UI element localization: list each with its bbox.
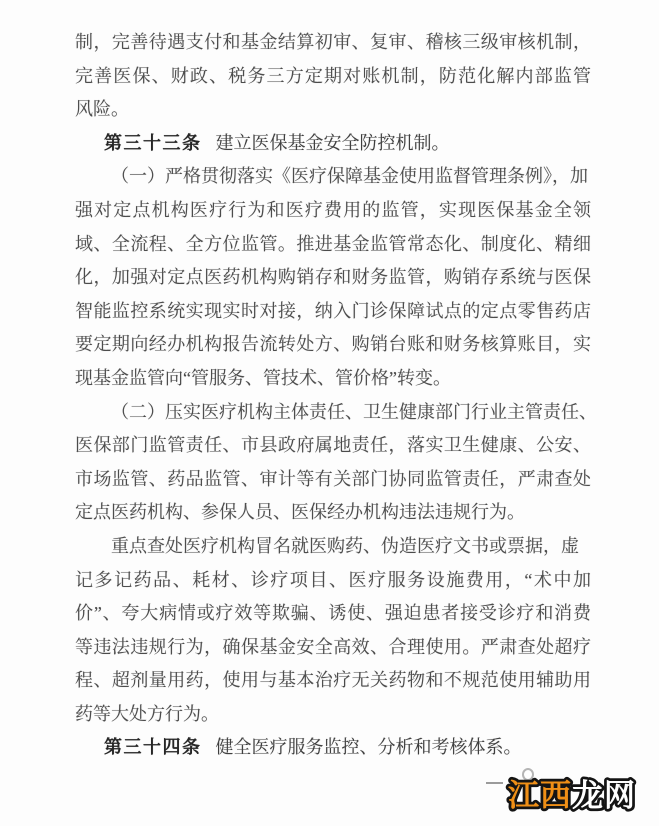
body-line: 制，完善待遇支付和基金结算初审、复审、稽核三级审核机制， (75, 26, 591, 60)
body-line: 价”、夸大病情或疗效等欺骗、诱使、强迫患者接受诊疗和消费 (75, 597, 591, 631)
body-line: 现基金监管向“管服务、管技术、管价格”转变。 (75, 362, 591, 396)
body-line: （二）压实医疗机构主体责任、卫生健康部门行业主管责任、 (75, 396, 591, 430)
body-line: 化，加强对定点医药机构购销存和财务监管，购销存系统与医保 (75, 261, 591, 295)
watermark-text-white: 龙网 (572, 778, 636, 813)
article-heading-33: 第三十三条建立医保基金安全防控机制。 (75, 127, 591, 161)
body-line: 重点查处医疗机构冒名就医购药、伪造医疗文书或票据，虚 (75, 530, 591, 564)
article-number: 第三十四条 (104, 737, 202, 757)
article-title: 建立医保基金安全防控机制。 (216, 133, 450, 153)
body-line: 药等大处方行为。 (75, 698, 591, 732)
page-number-dash (486, 782, 503, 784)
body-line: （一）严格贯彻落实《医疗保障基金使用监督管理条例》，加 (75, 160, 591, 194)
document-body: 制，完善待遇支付和基金结算初审、复审、稽核三级审核机制， 完善医保、财政、税务三… (75, 26, 591, 765)
body-line: 等违法违规行为，确保基金安全高效、合理使用。严肃查处超疗 (75, 631, 591, 665)
body-line: 强对定点机构医疗行为和医疗费用的监管，实现医保基金全领 (75, 194, 591, 228)
article-heading-34: 第三十四条健全医疗服务监控、分析和考核体系。 (75, 731, 591, 765)
body-line: 记多记药品、耗材、诊疗项目、医疗服务设施费用，“术中加 (75, 564, 591, 598)
scanned-document-page: { "document": { "lines": [ { "text": "制，… (0, 0, 659, 826)
body-line: 智能监控系统实现实时对接，纳入门诊保障试点的定点零售药店 (75, 295, 591, 329)
article-number: 第三十三条 (104, 133, 202, 153)
site-watermark: 江西龙网 (504, 769, 652, 819)
body-line: 市场监管、药品监管、审计等有关部门协同监管责任，严肃查处 (75, 463, 591, 497)
body-line: 域、全流程、全方位监管。推进基金监管常态化、制度化、精细 (75, 228, 591, 262)
body-line: 医保部门监管责任、市县政府属地责任，落实卫生健康、公安、 (75, 429, 591, 463)
body-line: 程、超剂量用药，使用与基本治疗无关药物和不规范使用辅助用 (75, 664, 591, 698)
body-line: 完善医保、财政、税务三方定期对账机制，防范化解内部监管 (75, 60, 591, 94)
body-line: 要定期向经办机构报告流转处方、购销台账和财务核算账目，实 (75, 328, 591, 362)
watermark-text-orange: 江西 (508, 778, 572, 813)
article-title: 健全医疗服务监控、分析和考核体系。 (216, 737, 522, 757)
svg-text:江西龙网: 江西龙网 (508, 778, 636, 813)
body-line: 风险。 (75, 93, 591, 127)
body-line: 定点医药机构、参保人员、医保经办机构违法违规行为。 (75, 496, 591, 530)
footer-watermark-area: 江西龙网 (486, 762, 656, 822)
